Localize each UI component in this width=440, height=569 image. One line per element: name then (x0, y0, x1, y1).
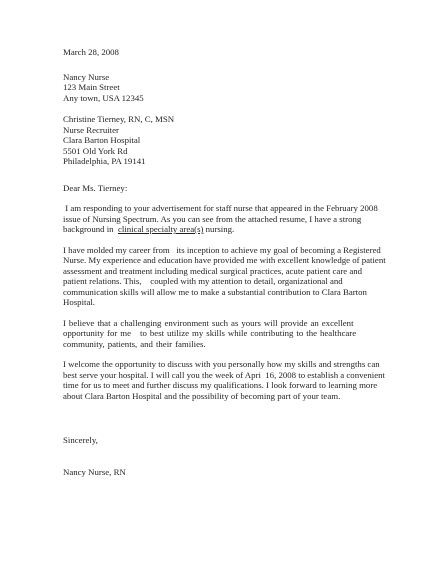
body-paragraph-4: I welcome the opportunity to discuss wit… (63, 359, 388, 401)
recipient-city: Philadelphia, PA 19141 (63, 156, 388, 167)
sender-name: Nancy Nurse (63, 72, 388, 83)
recipient-street: 5501 Old York Rd (63, 146, 388, 157)
signature-name: Nancy Nurse, RN (63, 467, 388, 478)
recipient-title: Nurse Recruiter (63, 125, 388, 136)
body-paragraph-2: I have molded my career from its incepti… (63, 245, 388, 308)
letter-document: March 28, 2008 Nancy Nurse 123 Main Stre… (0, 0, 440, 569)
underlined-phrase: clinical specialty area(s) (118, 224, 203, 234)
letter-date: March 28, 2008 (63, 47, 388, 58)
sender-address-block: Nancy Nurse 123 Main Street Any town, US… (63, 72, 388, 104)
paragraph-text: nursing. (203, 224, 234, 234)
body-paragraph-3: I believe that a challenging environment… (63, 318, 388, 350)
recipient-address-block: Christine Tierney, RN, C, MSN Nurse Recr… (63, 114, 388, 167)
recipient-organization: Clara Barton Hospital (63, 135, 388, 146)
recipient-name: Christine Tierney, RN, C, MSN (63, 114, 388, 125)
salutation: Dear Ms. Tierney: (63, 183, 388, 194)
sender-city: Any town, USA 12345 (63, 93, 388, 104)
closing: Sincerely, (63, 435, 388, 446)
sender-street: 123 Main Street (63, 82, 388, 93)
body-paragraph-1: I am responding to your advertisement fo… (63, 203, 388, 235)
